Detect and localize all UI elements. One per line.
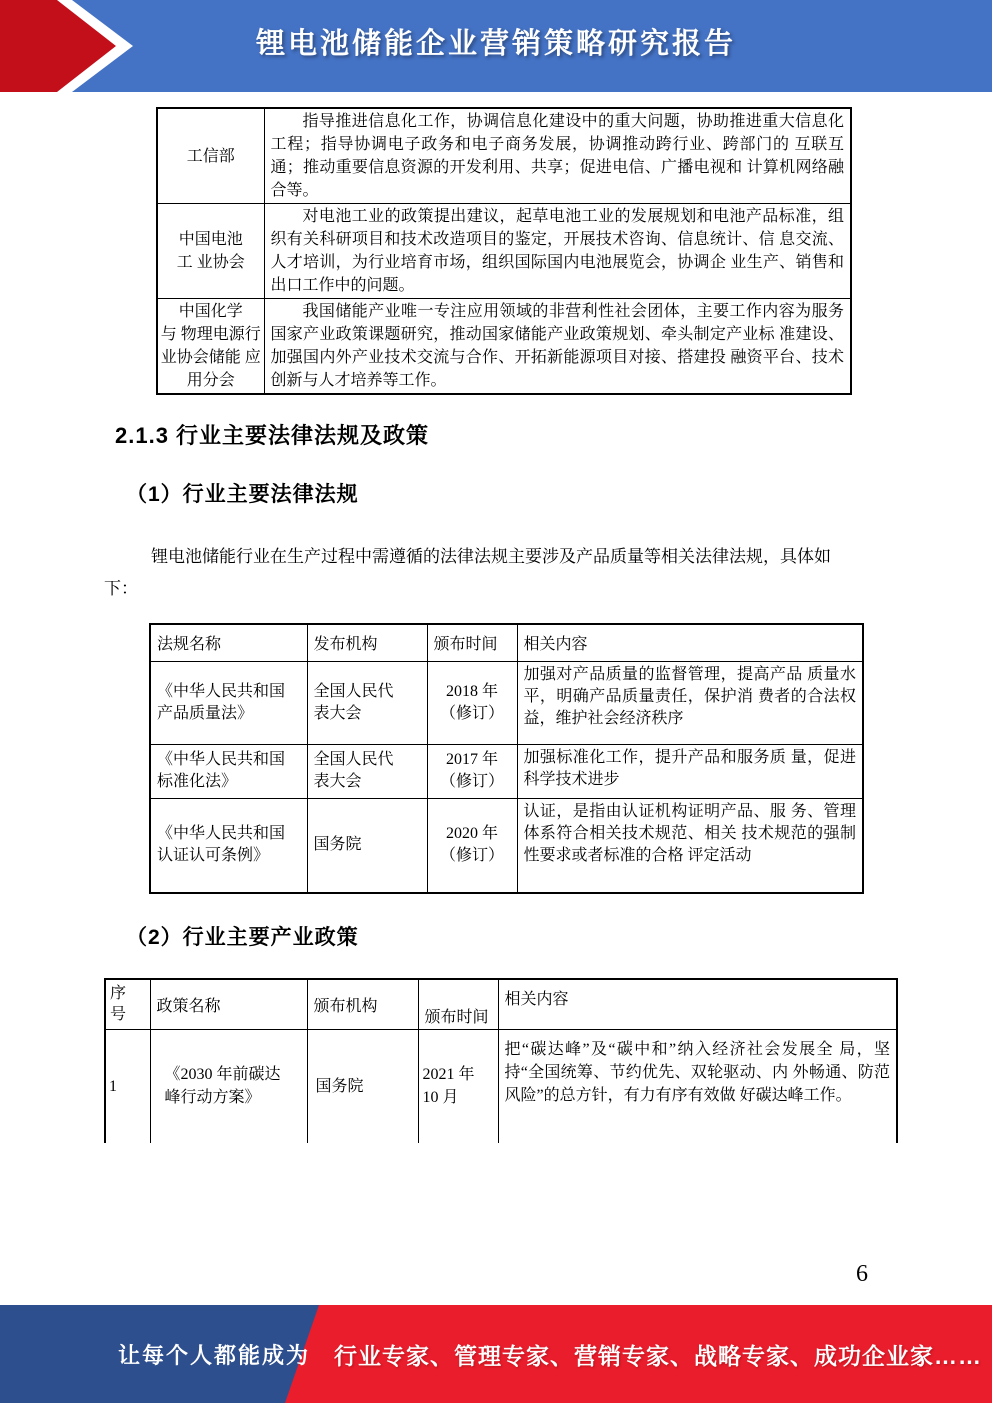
organizations-table: 工信部 指导推进信息化工作，协调信息化建设中的重大问题，协助推进重大信息化工程；… — [156, 107, 852, 395]
law-time-cell: 2020 年 （修订） — [427, 798, 517, 893]
law-agency-cell: 国务院 — [307, 798, 427, 893]
policy-name-cell: 《2030 年前碳达 峰行动方案》 — [150, 1029, 307, 1143]
column-header-agency: 颁布机构 — [307, 979, 418, 1029]
laws-table: 法规名称 发布机构 颁布时间 相关内容 《中华人民共和国 产品质量法》 全国人民… — [149, 623, 864, 894]
subsection-heading-policies: （2）行业主要产业政策 — [126, 921, 359, 951]
table-row: 《中华人民共和国 认证认可条例》 国务院 2020 年 （修订） 认证，是指由认… — [150, 798, 863, 893]
footer-band: 让每个人都能成为 行业专家、管理专家、营销专家、战略专家、成功企业家…… — [0, 1305, 992, 1403]
column-header-content: 相关内容 — [498, 979, 897, 1029]
law-name-cell: 《中华人民共和国 认证认可条例》 — [150, 798, 307, 893]
table-row: 工信部 指导推进信息化工作，协调信息化建设中的重大问题，协助推进重大信息化工程；… — [157, 108, 851, 204]
org-name-cell: 中国电池 工 业协会 — [157, 204, 264, 299]
column-header-time: 颁布时间 — [418, 979, 498, 1029]
org-desc-cell: 我国储能产业唯一专注应用领域的非营利性社会团体，主要工作内容为服务国家产业政策课… — [264, 299, 851, 395]
document-page: 锂电池储能企业营销策略研究报告 工信部 指导推进信息化工作，协调信息化建设中的重… — [0, 0, 992, 1403]
law-time-cell: 2018 年 （修订） — [427, 661, 517, 744]
org-desc-text: 指导推进信息化工作，协调信息化建设中的重大问题，协助推进重大信息化工程；指导协调… — [271, 110, 845, 202]
footer-slogan-left: 让每个人都能成为 — [118, 1305, 310, 1403]
policy-seq-cell: 1 — [105, 1029, 150, 1143]
table-row: 《中华人民共和国 标准化法》 全国人民代 表大会 2017 年 （修订） 加强标… — [150, 744, 863, 798]
org-desc-text: 我国储能产业唯一专注应用领域的非营利性社会团体，主要工作内容为服务国家产业政策课… — [271, 300, 845, 392]
policy-content-cell: 把“碳达峰”及“碳中和”纳入经济社会发展全 局，坚持“全国统筹、节约优先、双轮驱… — [498, 1029, 897, 1143]
column-header-content: 相关内容 — [517, 624, 863, 661]
law-content-cell: 加强标准化工作，提升产品和服务质 量，促进科学技术进步 — [517, 744, 863, 798]
report-title: 锂电池储能企业营销策略研究报告 — [256, 21, 736, 62]
column-header-time: 颁布时间 — [427, 624, 517, 661]
org-desc-cell: 指导推进信息化工作，协调信息化建设中的重大问题，协助推进重大信息化工程；指导协调… — [264, 108, 851, 204]
law-time-cell: 2017 年 （修订） — [427, 744, 517, 798]
section-heading: 2.1.3 行业主要法律法规及政策 — [115, 419, 429, 450]
table-header-row: 法规名称 发布机构 颁布时间 相关内容 — [150, 624, 863, 661]
table-row: 中国电池 工 业协会 对电池工业的政策提出建议，起草电池工业的发展规划和电池产品… — [157, 204, 851, 299]
policies-table: 序 号 政策名称 颁布机构 颁布时间 相关内容 1 《2030 年前碳达 峰行动… — [104, 978, 898, 1143]
law-name-cell: 《中华人民共和国 标准化法》 — [150, 744, 307, 798]
org-desc-text: 对电池工业的政策提出建议，起草电池工业的发展规划和电池产品标准，组织有关科研项目… — [271, 205, 845, 297]
law-name-cell: 《中华人民共和国 产品质量法》 — [150, 661, 307, 744]
body-paragraph-line1: 锂电池储能行业在生产过程中需遵循的法律法规主要涉及产品质量等相关法律法规，具体如 — [104, 542, 831, 567]
table-row: 《中华人民共和国 产品质量法》 全国人民代 表大会 2018 年 （修订） 加强… — [150, 661, 863, 744]
policy-time-cell: 2021 年 10 月 — [418, 1029, 498, 1143]
table-row: 中国化学 与 物理电源行 业协会储能 应 用分会 我国储能产业唯一专注应用领域的… — [157, 299, 851, 395]
column-header-agency: 发布机构 — [307, 624, 427, 661]
column-header-seq: 序 号 — [105, 979, 150, 1029]
org-name-cell: 中国化学 与 物理电源行 业协会储能 应 用分会 — [157, 299, 264, 395]
footer-slogan-right: 行业专家、管理专家、营销专家、战略专家、成功企业家…… — [334, 1305, 982, 1403]
body-paragraph-line2: 下： — [104, 574, 138, 599]
column-header-policy-name: 政策名称 — [150, 979, 307, 1029]
page-number: 6 — [856, 1261, 868, 1288]
org-name-cell: 工信部 — [157, 108, 264, 204]
law-agency-cell: 全国人民代 表大会 — [307, 661, 427, 744]
table-row: 1 《2030 年前碳达 峰行动方案》 国务院 2021 年 10 月 把“碳达… — [105, 1029, 897, 1143]
column-header-law-name: 法规名称 — [150, 624, 307, 661]
policy-agency-cell: 国务院 — [307, 1029, 418, 1143]
table-header-row: 序 号 政策名称 颁布机构 颁布时间 相关内容 — [105, 979, 897, 1029]
law-content-cell: 认证，是指由认证机构证明产品、服 务、管理体系符合相关技术规范、相关 技术规范的… — [517, 798, 863, 893]
law-content-cell: 加强对产品质量的监督管理，提高产品 质量水平，明确产品质量责任，保护消 费者的合… — [517, 661, 863, 744]
header-arrow — [0, 0, 150, 92]
subsection-heading-laws: （1）行业主要法律法规 — [126, 478, 359, 508]
law-agency-cell: 全国人民代 表大会 — [307, 744, 427, 798]
org-desc-cell: 对电池工业的政策提出建议，起草电池工业的发展规划和电池产品标准，组织有关科研项目… — [264, 204, 851, 299]
